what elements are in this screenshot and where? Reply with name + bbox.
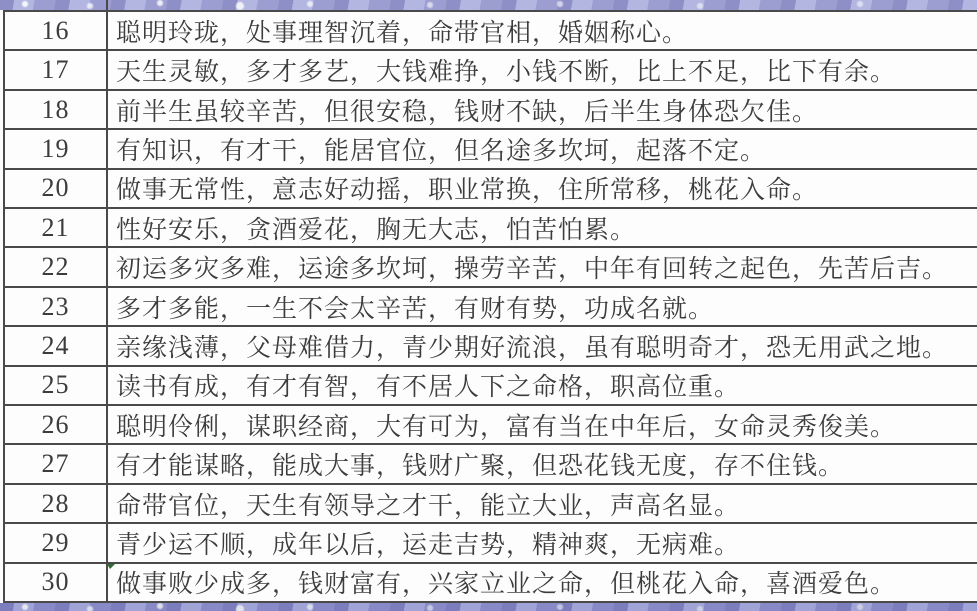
row-description: 初运多灾多难，运途多坎坷，操劳辛苦，中年有回转之起色，先苦后吉。 [108,248,977,285]
row-number: 17 [5,51,108,88]
row-number: 19 [5,130,108,167]
table-row: 16 聪明玲珑，处事理智沉着，命带官相，婚姻称心。 [5,12,977,51]
table-row: 22 初运多灾多难，运途多坎坷，操劳辛苦，中年有回转之起色，先苦后吉。 [5,248,977,287]
fortune-table: 16 聪明玲珑，处事理智沉着，命带官相，婚姻称心。 17 天生灵敏，多才多艺，大… [3,10,977,603]
row-number: 28 [5,485,108,522]
top-decoration-strip [0,0,977,10]
row-number: 27 [5,445,108,482]
row-number: 26 [5,406,108,443]
row-description: 聪明玲珑，处事理智沉着，命带官相，婚姻称心。 [108,12,977,49]
cell-corner-marker-icon [107,564,115,569]
table-row: 25 读书有成，有才有智，有不居人下之命格，职高位重。 [5,367,977,406]
row-description: 聪明伶俐，谋职经商，大有可为，富有当在中年后，女命灵秀俊美。 [108,406,977,443]
page: 16 聪明玲珑，处事理智沉着，命带官相，婚姻称心。 17 天生灵敏，多才多艺，大… [0,0,977,611]
row-number: 21 [5,209,108,246]
bottom-decoration-strip [0,603,977,611]
row-description: 性好安乐，贪酒爱花，胸无大志，怕苦怕累。 [108,209,977,246]
table-row: 18 前半生虽较辛苦，但很安稳，钱财不缺，后半生身体恐欠佳。 [5,91,977,130]
row-number: 16 [5,12,108,49]
table-row: 26 聪明伶俐，谋职经商，大有可为，富有当在中年后，女命灵秀俊美。 [5,406,977,445]
row-number: 30 [5,564,108,601]
table-row: 28 命带官位，天生有领导之才干，能立大业，声高名显。 [5,485,977,524]
table-row: 23 多才多能，一生不会太辛苦，有财有势，功成名就。 [5,288,977,327]
row-description: 有知识，有才干，能居官位，但名途多坎坷，起落不定。 [108,130,977,167]
table-row: 27 有才能谋略，能成大事，钱财广聚，但恐花钱无度，存不住钱。 [5,445,977,484]
row-number: 25 [5,367,108,404]
row-number: 24 [5,327,108,364]
table-row: 24 亲缘浅薄，父母难借力，青少期好流浪，虽有聪明奇才，恐无用武之地。 [5,327,977,366]
row-description: 做事无常性，意志好动摇，职业常换，住所常移，桃花入命。 [108,170,977,207]
row-number: 23 [5,288,108,325]
row-description: 做事败少成多，钱财富有，兴家立业之命，但桃花入命，喜酒爱色。 [108,564,977,601]
row-description: 命带官位，天生有领导之才干，能立大业，声高名显。 [108,485,977,522]
column-divider-line [106,0,108,10]
table-row: 30 做事败少成多，钱财富有，兴家立业之命，但桃花入命，喜酒爱色。 [5,564,977,603]
table-row: 17 天生灵敏，多才多艺，大钱难挣，小钱不断，比上不足，比下有余。 [5,51,977,90]
row-number: 29 [5,524,108,561]
row-description: 有才能谋略，能成大事，钱财广聚，但恐花钱无度，存不住钱。 [108,445,977,482]
table-row: 19 有知识，有才干，能居官位，但名途多坎坷，起落不定。 [5,130,977,169]
table-row: 29 青少运不顺，成年以后，运走吉势，精神爽，无病难。 [5,524,977,563]
row-number: 20 [5,170,108,207]
row-description: 多才多能，一生不会太辛苦，有财有势，功成名就。 [108,288,977,325]
row-number: 18 [5,91,108,128]
row-description: 天生灵敏，多才多艺，大钱难挣，小钱不断，比上不足，比下有余。 [108,51,977,88]
row-description: 亲缘浅薄，父母难借力，青少期好流浪，虽有聪明奇才，恐无用武之地。 [108,327,977,364]
row-description: 读书有成，有才有智，有不居人下之命格，职高位重。 [108,367,977,404]
table-row: 20 做事无常性，意志好动摇，职业常换，住所常移，桃花入命。 [5,170,977,209]
row-number: 22 [5,248,108,285]
row-description: 青少运不顺，成年以后，运走吉势，精神爽，无病难。 [108,524,977,561]
table-row: 21 性好安乐，贪酒爱花，胸无大志，怕苦怕累。 [5,209,977,248]
row-description: 前半生虽较辛苦，但很安稳，钱财不缺，后半生身体恐欠佳。 [108,91,977,128]
